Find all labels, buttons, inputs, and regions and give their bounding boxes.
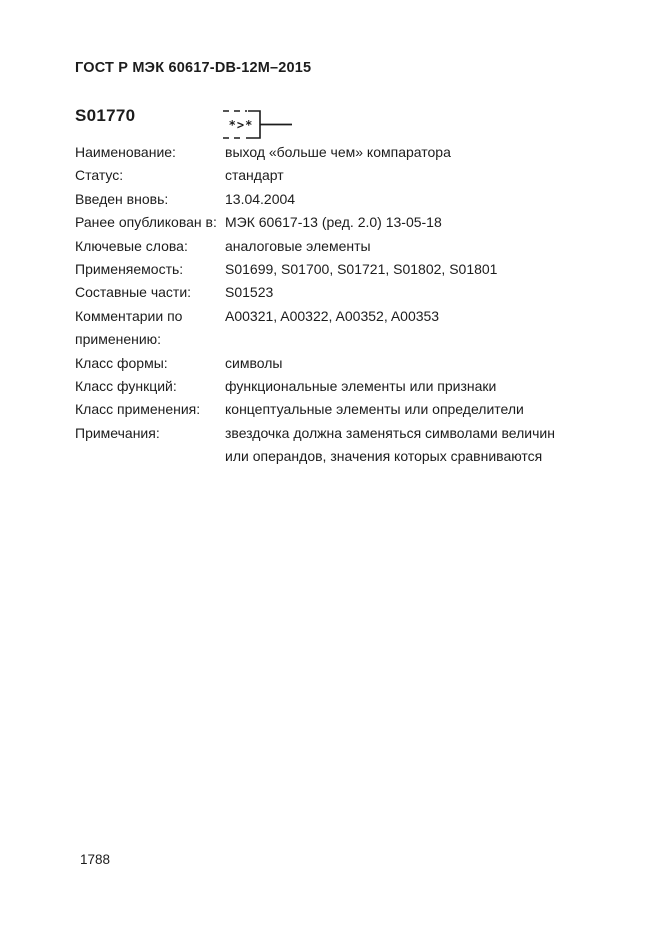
comparator-greater-than-output-icon: *>* <box>220 104 296 144</box>
field-label: Комментарии по применению: <box>75 305 225 352</box>
record-id: S01770 <box>75 106 135 126</box>
field-row-function-class: Класс функций: функциональные элементы и… <box>75 375 585 398</box>
field-label: Ранее опубликован в: <box>75 211 225 234</box>
comparator-symbol: *>* <box>220 104 296 144</box>
page-number: 1788 <box>80 852 110 867</box>
field-label: Применяемость: <box>75 258 225 281</box>
field-row-components: Составные части: S01523 <box>75 281 585 304</box>
field-row-status: Статус: стандарт <box>75 164 585 187</box>
field-value: S01699, S01700, S01721, S01802, S01801 <box>225 258 579 281</box>
field-value: A00321, A00322, A00352, A00353 <box>225 305 579 328</box>
field-value: концептуальные элементы или определители <box>225 398 579 421</box>
field-value: выход «больше чем» компаратора <box>225 141 579 164</box>
field-row-name: Наименование: выход «больше чем» компара… <box>75 141 585 164</box>
field-row-applicability: Применяемость: S01699, S01700, S01721, S… <box>75 258 585 281</box>
field-label: Класс функций: <box>75 375 225 398</box>
field-row-reintroduced: Введен вновь: 13.04.2004 <box>75 188 585 211</box>
field-value: функциональные элементы или признаки <box>225 375 579 398</box>
field-label: Составные части: <box>75 281 225 304</box>
field-value: S01523 <box>225 281 579 304</box>
field-value: стандарт <box>225 164 579 187</box>
field-row-notes: Примечания: звездочка должна заменяться … <box>75 422 585 469</box>
field-row-form-class: Класс формы: символы <box>75 352 585 375</box>
field-row-application-class: Класс применения: концептуальные элемент… <box>75 398 585 421</box>
field-label: Класс формы: <box>75 352 225 375</box>
field-label: Примечания: <box>75 422 225 445</box>
symbol-text: *>* <box>229 118 254 132</box>
field-value: 13.04.2004 <box>225 188 579 211</box>
field-value: символы <box>225 352 579 375</box>
field-value: аналоговые элементы <box>225 235 579 258</box>
field-label: Класс применения: <box>75 398 225 421</box>
field-label: Введен вновь: <box>75 188 225 211</box>
field-row-keywords: Ключевые слова: аналоговые элементы <box>75 235 585 258</box>
page-header-title: ГОСТ Р МЭК 60617-DB-12M–2015 <box>75 60 311 76</box>
record-fields: Наименование: выход «больше чем» компара… <box>75 141 585 469</box>
field-row-application-comments: Комментарии по применению: A00321, A0032… <box>75 305 585 352</box>
field-row-previously-published: Ранее опубликован в: МЭК 60617-13 (ред. … <box>75 211 585 234</box>
field-label: Наименование: <box>75 141 225 164</box>
field-label: Ключевые слова: <box>75 235 225 258</box>
field-value: МЭК 60617-13 (ред. 2.0) 13-05-18 <box>225 211 579 234</box>
field-label: Статус: <box>75 164 225 187</box>
document-page: ГОСТ Р МЭК 60617-DB-12M–2015 S01770 *>* … <box>0 0 661 936</box>
field-value: звездочка должна заменяться символами ве… <box>225 422 579 469</box>
